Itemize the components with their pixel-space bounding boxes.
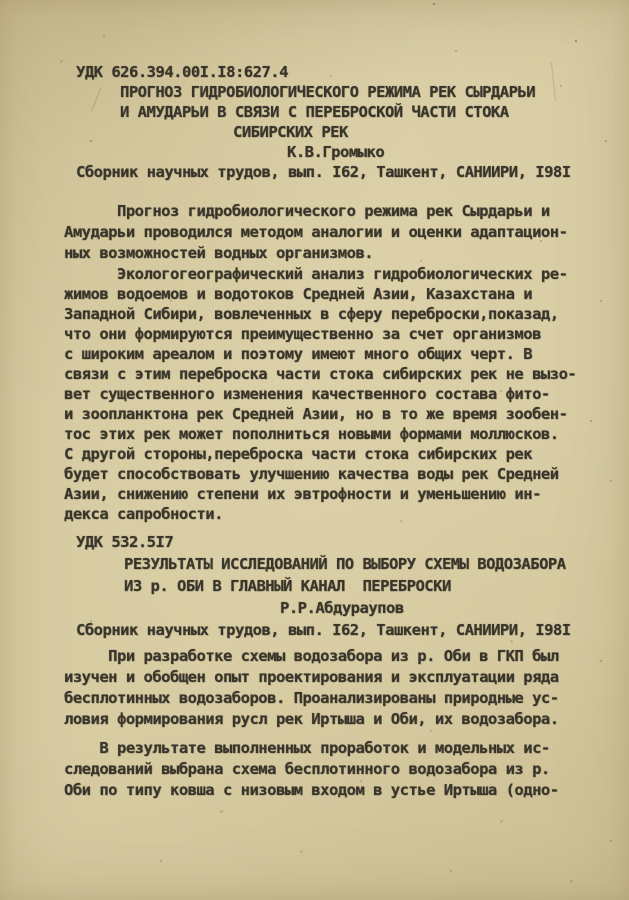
article-title-line: ИЗ р. ОБИ В ГЛАВНЫЙ КАНАЛ ПЕРЕБРОСКИ: [124, 575, 616, 597]
abstract-paragraph: Прогноз гидробиологического режима рек С…: [64, 201, 616, 264]
abstract-section-2-header: УДК 532.5I7 РЕЗУЛЬТАТЫ ИССЛЕДОВАНИЙ ПО В…: [64, 531, 616, 641]
abstract-section-2-body: При разработке схемы водозабора из р. Об…: [64, 646, 616, 801]
publication-source: Сборник научных трудов, вып. I62, Ташкен…: [76, 619, 616, 641]
udc-code: УДК 532.5I7: [76, 531, 616, 553]
article-title-line: РЕЗУЛЬТАТЫ ИССЛЕДОВАНИЙ ПО ВЫБОРУ СХЕМЫ …: [124, 553, 616, 575]
udc-code: УДК 626.394.00I.I8:627.4: [76, 62, 616, 82]
article-title-line: ПРОГНОЗ ГИДРОБИОЛОГИЧЕСКОГО РЕЖИМА РЕК С…: [120, 82, 616, 102]
article-author: К.В.Громыко: [287, 142, 616, 162]
abstract-paragraph: Экологогеографический анализ гидробиолог…: [64, 264, 616, 524]
scanned-document-page: УДК 626.394.00I.I8:627.4 ПРОГНОЗ ГИДРОБИ…: [0, 0, 629, 900]
paper-noise-dots: [0, 0, 2, 2]
paper-noise-smudges: [0, 0, 3, 3]
abstract-paragraph: В результате выполненных проработок и мо…: [64, 738, 616, 801]
article-author: Р.Р.Абдураупов: [280, 597, 616, 619]
abstract-paragraph: При разработке схемы водозабора из р. Об…: [64, 646, 616, 730]
article-title-line: И АМУДАРЬИ В СВЯЗИ С ПЕРЕБРОСКОЙ ЧАСТИ С…: [120, 102, 616, 122]
publication-source: Сборник научных трудов, вып. I62, Ташкен…: [76, 162, 616, 182]
abstract-section-1-header: УДК 626.394.00I.I8:627.4 ПРОГНОЗ ГИДРОБИ…: [64, 62, 616, 182]
abstract-section-1-body: Прогноз гидробиологического режима рек С…: [64, 201, 616, 524]
article-title-line: СИБИРСКИХ РЕК: [233, 122, 616, 142]
